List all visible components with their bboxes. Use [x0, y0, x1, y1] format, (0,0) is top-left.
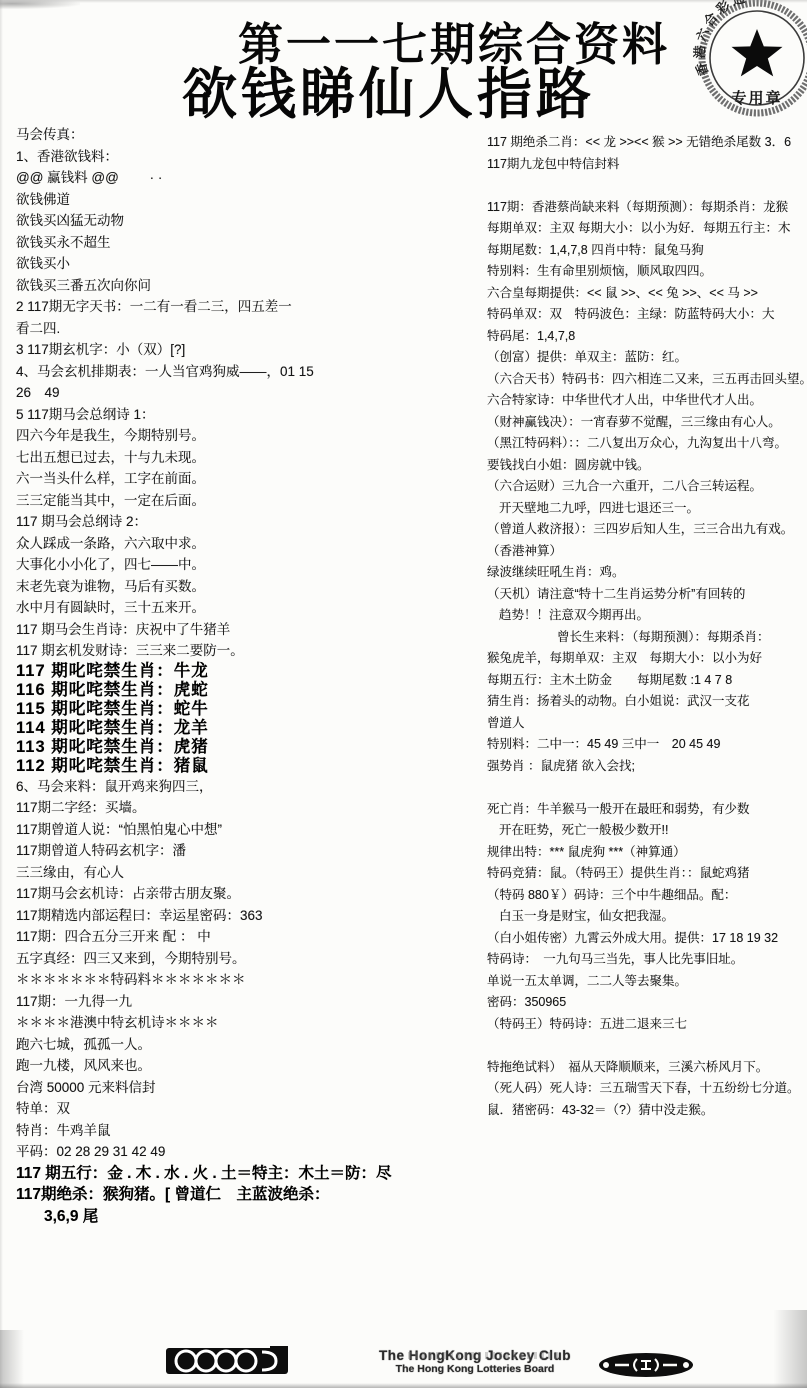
text-line: 115 期叱咤禁生肖：蛇牛: [16, 700, 478, 719]
text-line: 四六今年是我生，今期特别号。: [16, 425, 478, 447]
star-icon: [732, 29, 783, 76]
text-line: 大事化小小化了，四七——中。: [16, 554, 478, 576]
footer-board-name: The Hong Kong Lotteries Board: [340, 1363, 610, 1375]
text-line: 开天壁地二九呼，四进七退还三一。: [487, 498, 807, 520]
text-line: 强势肖 ：鼠虎猪 欲入会找;: [487, 756, 807, 778]
jockey-club-logo: [166, 1346, 288, 1376]
text-line: 特别料：二中一：45 49 三中一 20 45 49: [487, 734, 807, 756]
scan-noise-bottom-left: [0, 1330, 24, 1388]
text-line: （白小姐传密）九霄云外成大用。提供：17 18 19 32: [487, 928, 807, 950]
text-line: ＊＊＊＊＊＊＊特码料＊＊＊＊＊＊＊: [16, 969, 478, 991]
text-line: 特码单双：双 特码波色：主绿：防蓝特码大小：大: [487, 304, 807, 326]
stamp-seal: 香港六合彩通 专用章: [693, 0, 807, 126]
text-line: 跑六七城，孤孤一人。: [16, 1034, 478, 1056]
scan-edge-top: [0, 0, 807, 3]
text-line: （天机）请注意“特十二生肖运势分析”有回转的: [487, 584, 807, 606]
text-line: （特码王）特码诗：五进二退来三七: [487, 1014, 807, 1036]
text-line: （六合天书）特码书：四六相连二又来，三五再击回头望。: [487, 369, 807, 391]
text-line: 每期单双：主双 每期大小：以小为好．每期五行主：木: [487, 218, 807, 240]
text-line: 特别料：生有命里别烦恼，顺风取四四。: [487, 261, 807, 283]
text-line: 117 期绝杀二肖：<< 龙 >><< 猴 >> 无错绝杀尾数 3．6: [487, 132, 807, 154]
text-line: 末老先衰为谁物，马后有买数。: [16, 576, 478, 598]
text-line: 欲钱买永不超生: [16, 232, 478, 254]
text-line: 绿波继续旺吼生肖：鸡。: [487, 562, 807, 584]
text-line: 117期马会玄机诗：占亲带古朋友聚。: [16, 883, 478, 905]
text-line: 117 期叱咤禁生肖：牛龙: [16, 662, 478, 681]
text-line: 台湾 50000 元来料信封: [16, 1077, 478, 1099]
text-line: 4、马会玄机排期表：一人当官鸡狗威——，01 15: [16, 361, 478, 383]
text-line: （特码 880￥）码诗：三个中牛趣细品。配：: [487, 885, 807, 907]
text-line: 每期尾数：1,4,7,8 四肖中特：鼠兔马狗: [487, 240, 807, 262]
text-line: 五字真经：四三又来到，今期特别号。: [16, 948, 478, 970]
text-line: @@ 赢钱料 @@ · ·: [16, 167, 478, 189]
text-line: 水中月有圆缺时，三十五来开。: [16, 597, 478, 619]
text-line: 密码：350965: [487, 992, 807, 1014]
text-line: 平码：02 28 29 31 42 49: [16, 1141, 478, 1163]
text-line: 曾道人: [487, 713, 807, 735]
text-line: 特码尾：1,4,7,8: [487, 326, 807, 348]
text-line: 特拖绝试料） 福从天降顺顺来，三溪六桥风月下。: [487, 1057, 807, 1079]
text-line: ＊＊＊＊港澳中特玄机诗＊＊＊＊: [16, 1012, 478, 1034]
text-line: 117期二字经：买墙。: [16, 797, 478, 819]
text-line: 欲钱买小: [16, 253, 478, 275]
text-line: 117期：一九得一九: [16, 991, 478, 1013]
text-line: 117期：四合五分三开来 配 ： 中: [16, 926, 478, 948]
text-line: 117期曾道人说：“怕黑怕鬼心中想”: [16, 819, 478, 841]
text-line: 规律出特：*** 鼠虎狗 ***（神算通）: [487, 842, 807, 864]
scan-noise-bottom-right: [765, 1310, 807, 1388]
text-line: 三三定能当其中，一定在后面。: [16, 490, 478, 512]
text-line: 欲钱买三番五次向你问: [16, 275, 478, 297]
text-line: 鼠．猪密码：43-32＝（?）猜中没走猴。: [487, 1100, 807, 1122]
text-line: 117 期玄机发财诗：三三来二要防一。: [16, 640, 478, 662]
text-line: 马会传真：: [16, 124, 478, 146]
text-line: 特码竞猜：鼠。（特码王）提供生肖：：鼠蛇鸡猪: [487, 863, 807, 885]
right-column: 117 期绝杀二肖：<< 龙 >><< 猴 >> 无错绝杀尾数 3．6117期九…: [487, 132, 807, 1121]
text-line: 117期曾道人特码玄机字：潘: [16, 840, 478, 862]
text-line: 26 49: [16, 382, 478, 404]
text-line: 1、香港欲钱料：: [16, 146, 478, 168]
text-line: 117期九龙包中特信封料: [487, 154, 807, 176]
text-line: 特单：双: [16, 1098, 478, 1120]
text-line: 117 期五行：金 . 木 . 水 . 火 . 土＝特主：木土＝防：尽: [16, 1163, 478, 1185]
text-line: 欲钱买凶猛无动物: [16, 210, 478, 232]
text-line: （死人码）死人诗：三五瑞雪天下春，十五纷纷七分道。: [487, 1078, 807, 1100]
text-line: 趋势！！注意双今期再出。: [487, 605, 807, 627]
text-line: 112 期叱咤禁生肖：猪鼠: [16, 757, 478, 776]
text-line: 特肖：牛鸡羊鼠: [16, 1120, 478, 1142]
text-line: （曾道人救济报）：三四岁后知人生，三三合出九有戏。: [487, 519, 807, 541]
text-line: 117期精选内部运程曰：幸运星密码：363: [16, 905, 478, 927]
scan-noise-footer: [408, 1352, 558, 1359]
text-line: 六一当头什么样，工字在前面。: [16, 468, 478, 490]
text-line: 欲钱佛道: [16, 189, 478, 211]
text-line: 每期五行：主木土防金 每期尾数 :1 4 7 8: [487, 670, 807, 692]
text-line: 猜生肖：扬着头的动物。白小姐说：武汉一支花: [487, 691, 807, 713]
text-line: 猴兔虎羊，每期单双：主双 每期大小：以小为好: [487, 648, 807, 670]
page: 第一一七期综合资料 欲钱睇仙人指路 香港六合彩通 专用章 马会传真：1、香港欲钱…: [0, 0, 807, 1388]
text-line: 三三缘由，有心人: [16, 862, 478, 884]
text-line: 116 期叱咤禁生肖：虎蛇: [16, 681, 478, 700]
scan-edge-bottom: [0, 1383, 807, 1388]
text-line: 3,6,9 尾: [16, 1206, 478, 1228]
text-line: 开在旺势，死亡一般极少数开!!: [487, 820, 807, 842]
text-line: 特码诗： 一九句马三当先，事人比先事旧址。: [487, 949, 807, 971]
left-column: 马会传真：1、香港欲钱料：@@ 赢钱料 @@ · ·欲钱佛道欲钱买凶猛无动物欲钱…: [16, 124, 478, 1227]
text-line: 单说一五太单调，二二人等去聚集。: [487, 971, 807, 993]
text-line: 117 期马会总纲诗 2：: [16, 511, 478, 533]
stamp-bottom-text: 专用章: [731, 89, 782, 107]
text-line: 要钱找白小姐：圆房就中钱。: [487, 455, 807, 477]
text-line: 六合皇每期提供：<< 鼠 >>、<< 兔 >>、<< 马 >>: [487, 283, 807, 305]
scan-edge-left: [0, 0, 3, 1388]
text-line: 七出五想已过去，十与九未现。: [16, 447, 478, 469]
text-line: 看二四.: [16, 318, 478, 340]
text-line: 白玉一身是财宝，仙女把我湿。: [487, 906, 807, 928]
text-line: 曾长生来料：（每期预测）：每期杀肖：: [487, 627, 807, 649]
text-line: （香港神算）: [487, 541, 807, 563]
text-line: 跑一九楼，风风来也。: [16, 1055, 478, 1077]
text-line: 114 期叱咤禁生肖：龙羊: [16, 719, 478, 738]
text-line: 6、马会来料：鼠开鸡来狗四三，: [16, 776, 478, 798]
text-line: 113 期叱咤禁生肖：虎猪: [16, 738, 478, 757]
text-line: （六合运财）三九合一六重开，二八合三转运程。: [487, 476, 807, 498]
text-line: 117 期马会生肖诗：庆祝中了牛猪羊: [16, 619, 478, 641]
text-line: 5 117期马会总纲诗 1：: [16, 404, 478, 426]
text-line: （创富）提供：单双主：蓝防：红。: [487, 347, 807, 369]
text-line: 2 117期无字天书：一二有一看二三，四五差一: [16, 296, 478, 318]
text-line: （黑江特码料）：：二八复出万众心，九沟复出十八弯。: [487, 433, 807, 455]
stamp-arc-text: 香港六合彩通: [693, 0, 750, 77]
text-line: 117期：香港蔡尚缺来料（每期预测）：每期杀肖：龙猴: [487, 197, 807, 219]
lotteries-board-seal-logo: [597, 1352, 695, 1378]
text-line: 117期绝杀：猴狗猪。[ 曾道仁 主蓝波绝杀：: [16, 1184, 478, 1206]
text-line: 死亡肖：牛羊猴马一般开在最旺和弱势，有少数: [487, 799, 807, 821]
page-subtitle: 欲钱睇仙人指路: [182, 50, 595, 129]
text-line: 六合特家诗：中华世代才人出，中华世代才人出。: [487, 390, 807, 412]
text-line: （财神赢钱决）：一宵春萝不觉醒，三三缘由有心人。: [487, 412, 807, 434]
text-line: 众人踩成一条路，六六取中求。: [16, 533, 478, 555]
text-line: 3 117期玄机字：小（双）[?]: [16, 339, 478, 361]
